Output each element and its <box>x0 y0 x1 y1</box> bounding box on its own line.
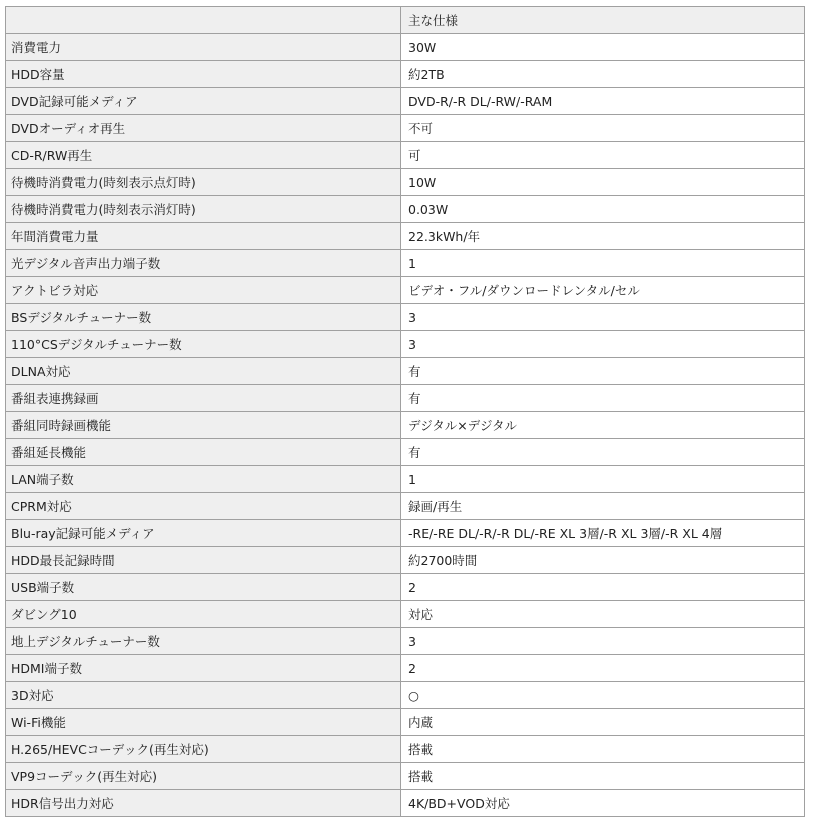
spec-value-cell: 22.3kWh/年 <box>401 223 805 250</box>
table-row: 消費電力30W <box>6 34 805 61</box>
spec-value-cell: デジタル×デジタル <box>401 412 805 439</box>
table-row: LAN端子数1 <box>6 466 805 493</box>
spec-label-cell: 光デジタル音声出力端子数 <box>6 250 401 277</box>
spec-value-cell: 10W <box>401 169 805 196</box>
spec-value-cell: 可 <box>401 142 805 169</box>
spec-value-cell: 有 <box>401 358 805 385</box>
spec-value-cell: 不可 <box>401 115 805 142</box>
table-row: BSデジタルチューナー数3 <box>6 304 805 331</box>
table-row: VP9コーデック(再生対応)搭載 <box>6 763 805 790</box>
spec-label-cell: 番組同時録画機能 <box>6 412 401 439</box>
spec-value-cell: 有 <box>401 439 805 466</box>
spec-value-cell: ○ <box>401 682 805 709</box>
spec-label-cell: Blu-ray記録可能メディア <box>6 520 401 547</box>
table-row: 110°CSデジタルチューナー数3 <box>6 331 805 358</box>
table-row: 番組延長機能有 <box>6 439 805 466</box>
header-key-cell <box>6 7 401 34</box>
spec-label-cell: 110°CSデジタルチューナー数 <box>6 331 401 358</box>
table-row: DVDオーディオ再生不可 <box>6 115 805 142</box>
spec-value-cell: 約2700時間 <box>401 547 805 574</box>
spec-label-cell: 待機時消費電力(時刻表示消灯時) <box>6 196 401 223</box>
table-row: DVD記録可能メディアDVD-R/-R DL/-RW/-RAM <box>6 88 805 115</box>
table-row: DLNA対応有 <box>6 358 805 385</box>
spec-value-cell: -RE/-RE DL/-R/-R DL/-RE XL 3層/-R XL 3層/-… <box>401 520 805 547</box>
spec-label-cell: USB端子数 <box>6 574 401 601</box>
spec-label-cell: CPRM対応 <box>6 493 401 520</box>
spec-label-cell: VP9コーデック(再生対応) <box>6 763 401 790</box>
spec-label-cell: 地上デジタルチューナー数 <box>6 628 401 655</box>
table-row: 番組同時録画機能デジタル×デジタル <box>6 412 805 439</box>
spec-table: 主な仕様 消費電力30WHDD容量約2TBDVD記録可能メディアDVD-R/-R… <box>5 6 805 817</box>
spec-value-cell: 録画/再生 <box>401 493 805 520</box>
spec-value-cell: 2 <box>401 574 805 601</box>
spec-value-cell: 0.03W <box>401 196 805 223</box>
table-row: 光デジタル音声出力端子数1 <box>6 250 805 277</box>
spec-value-cell: 搭載 <box>401 763 805 790</box>
spec-value-cell: 3 <box>401 628 805 655</box>
table-header-row: 主な仕様 <box>6 7 805 34</box>
table-row: HDR信号出力対応4K/BD+VOD対応 <box>6 790 805 817</box>
table-row: ダビング10対応 <box>6 601 805 628</box>
spec-label-cell: DVDオーディオ再生 <box>6 115 401 142</box>
spec-value-cell: 搭載 <box>401 736 805 763</box>
table-row: 地上デジタルチューナー数3 <box>6 628 805 655</box>
table-row: HDD容量約2TB <box>6 61 805 88</box>
header-value-cell: 主な仕様 <box>401 7 805 34</box>
spec-value-cell: 2 <box>401 655 805 682</box>
spec-value-cell: DVD-R/-R DL/-RW/-RAM <box>401 88 805 115</box>
spec-value-cell: 1 <box>401 466 805 493</box>
spec-label-cell: DLNA対応 <box>6 358 401 385</box>
spec-value-cell: 30W <box>401 34 805 61</box>
spec-value-cell: 3 <box>401 331 805 358</box>
table-row: HDMI端子数2 <box>6 655 805 682</box>
table-row: アクトビラ対応ビデオ・フル/ダウンロードレンタル/セル <box>6 277 805 304</box>
table-row: 待機時消費電力(時刻表示消灯時)0.03W <box>6 196 805 223</box>
spec-value-cell: 約2TB <box>401 61 805 88</box>
spec-label-cell: 番組延長機能 <box>6 439 401 466</box>
spec-label-cell: BSデジタルチューナー数 <box>6 304 401 331</box>
spec-label-cell: H.265/HEVCコーデック(再生対応) <box>6 736 401 763</box>
table-row: USB端子数2 <box>6 574 805 601</box>
table-row: 3D対応○ <box>6 682 805 709</box>
spec-label-cell: 番組表連携録画 <box>6 385 401 412</box>
table-row: 待機時消費電力(時刻表示点灯時)10W <box>6 169 805 196</box>
table-row: CPRM対応録画/再生 <box>6 493 805 520</box>
spec-label-cell: 待機時消費電力(時刻表示点灯時) <box>6 169 401 196</box>
table-row: 番組表連携録画有 <box>6 385 805 412</box>
spec-label-cell: CD-R/RW再生 <box>6 142 401 169</box>
spec-label-cell: 消費電力 <box>6 34 401 61</box>
spec-value-cell: 1 <box>401 250 805 277</box>
spec-label-cell: 年間消費電力量 <box>6 223 401 250</box>
spec-label-cell: HDMI端子数 <box>6 655 401 682</box>
spec-label-cell: 3D対応 <box>6 682 401 709</box>
table-row: Blu-ray記録可能メディア-RE/-RE DL/-R/-R DL/-RE X… <box>6 520 805 547</box>
table-row: H.265/HEVCコーデック(再生対応)搭載 <box>6 736 805 763</box>
spec-label-cell: HDD最長記録時間 <box>6 547 401 574</box>
spec-value-cell: 有 <box>401 385 805 412</box>
spec-label-cell: ダビング10 <box>6 601 401 628</box>
table-row: 年間消費電力量22.3kWh/年 <box>6 223 805 250</box>
spec-label-cell: LAN端子数 <box>6 466 401 493</box>
table-row: CD-R/RW再生可 <box>6 142 805 169</box>
spec-value-cell: ビデオ・フル/ダウンロードレンタル/セル <box>401 277 805 304</box>
spec-value-cell: 4K/BD+VOD対応 <box>401 790 805 817</box>
spec-label-cell: Wi-Fi機能 <box>6 709 401 736</box>
spec-label-cell: DVD記録可能メディア <box>6 88 401 115</box>
spec-value-cell: 3 <box>401 304 805 331</box>
spec-value-cell: 内蔵 <box>401 709 805 736</box>
table-row: HDD最長記録時間約2700時間 <box>6 547 805 574</box>
spec-label-cell: アクトビラ対応 <box>6 277 401 304</box>
table-row: Wi-Fi機能内蔵 <box>6 709 805 736</box>
spec-value-cell: 対応 <box>401 601 805 628</box>
spec-label-cell: HDR信号出力対応 <box>6 790 401 817</box>
spec-label-cell: HDD容量 <box>6 61 401 88</box>
